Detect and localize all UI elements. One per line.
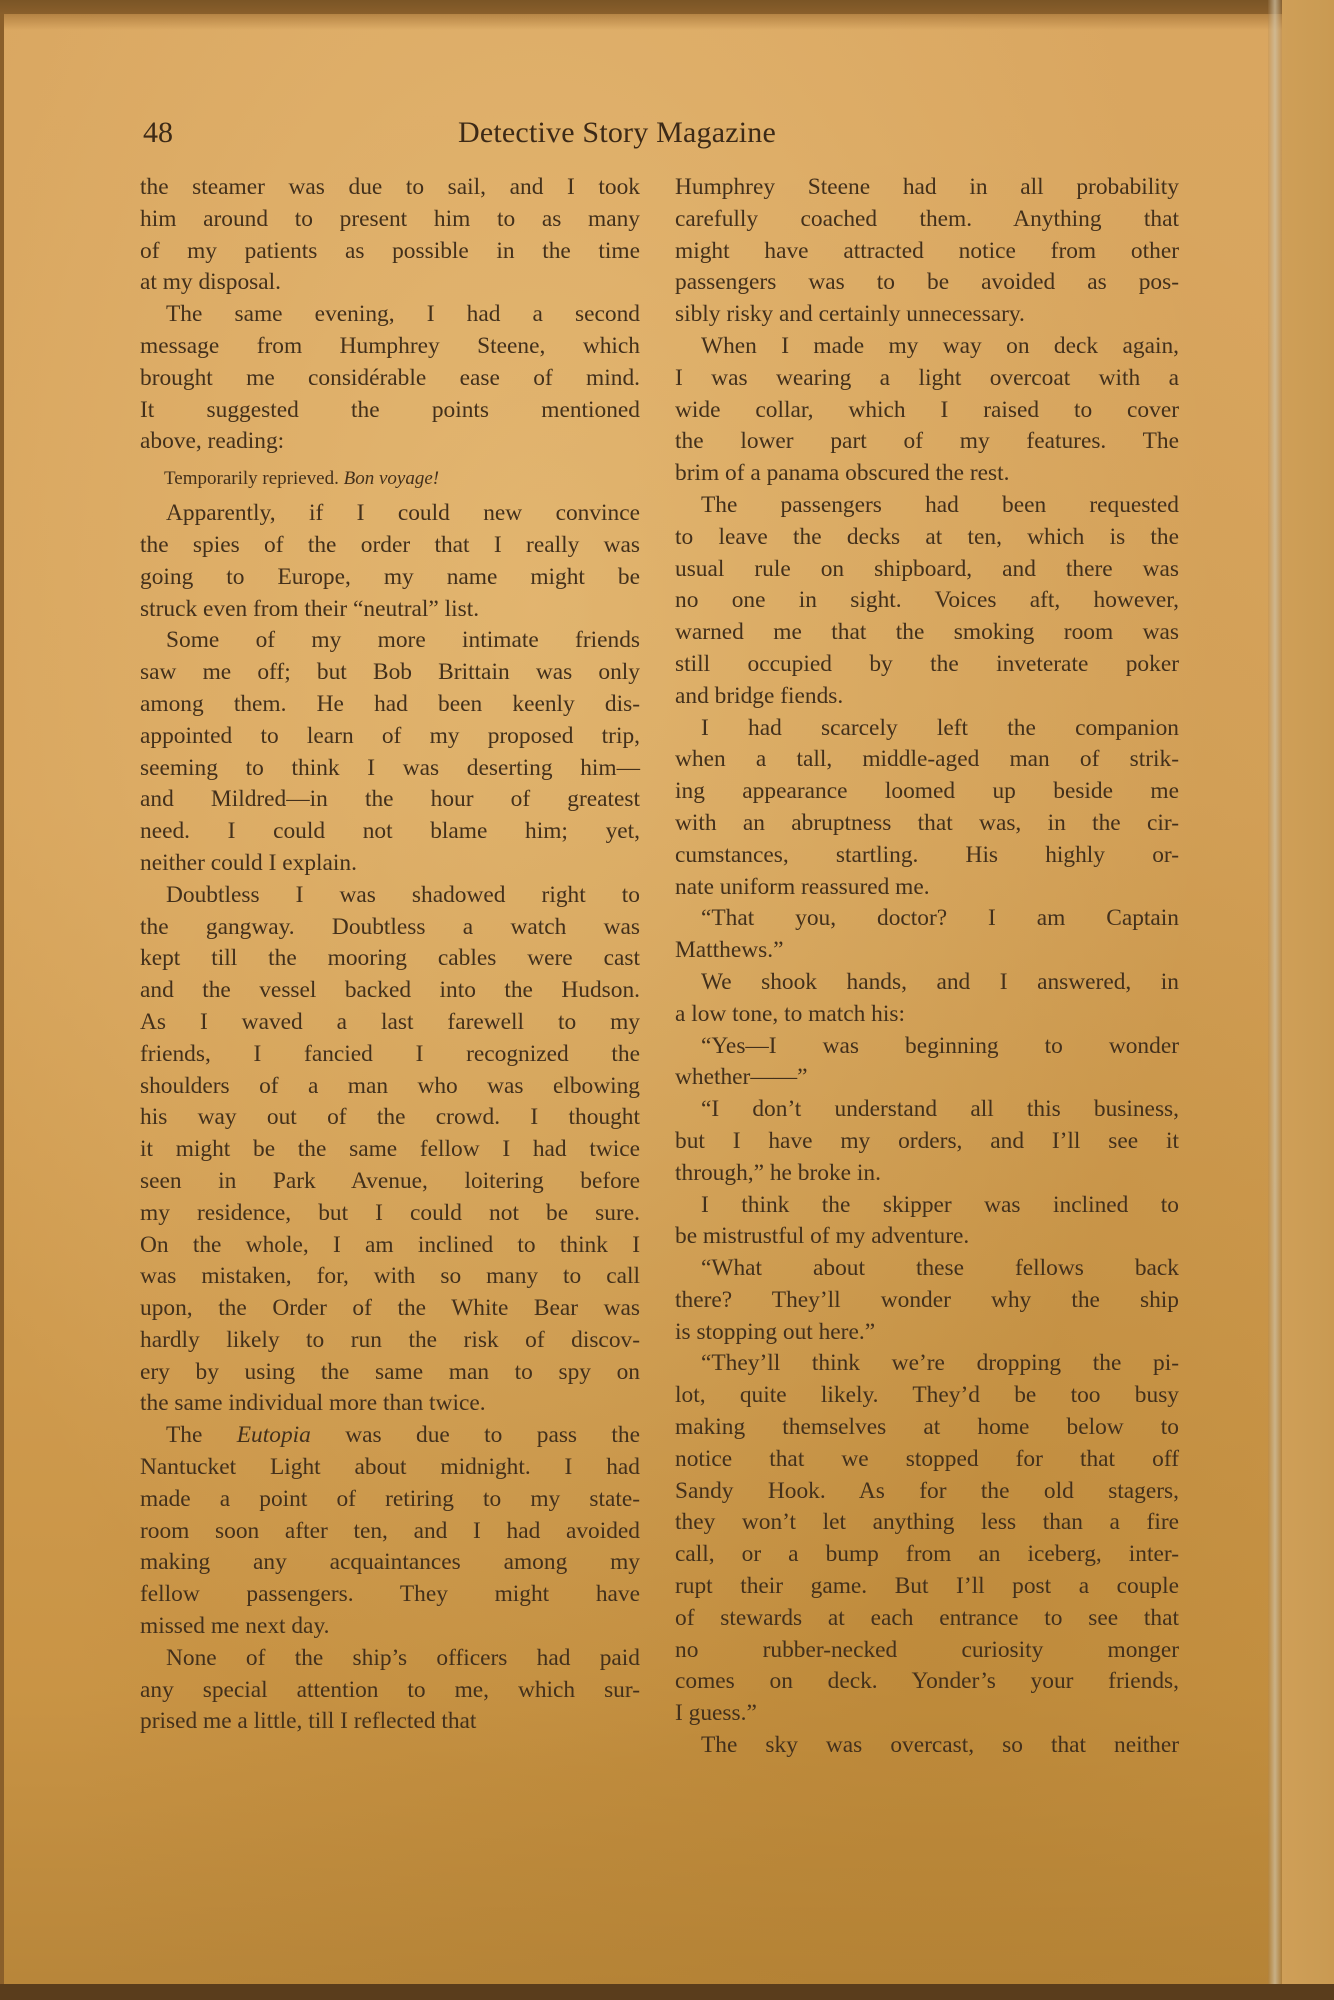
paragraph: We shook hands, and I answered, ina low …	[675, 967, 1179, 1031]
paragraph: The Eutopia was due to pass theNantucket…	[140, 1420, 640, 1643]
text-line: and Mildred—in the hour of greatest	[140, 784, 640, 816]
page-left-edge	[0, 14, 4, 1984]
text-line: and bridge fiends.	[675, 681, 1179, 713]
text-line: I guess.”	[675, 1698, 1179, 1730]
text-line: shoulders of a man who was elbowing	[140, 1071, 640, 1103]
text-line: wide collar, which I raised to cover	[675, 395, 1179, 427]
text-line: sibly risky and certainly unnecessary.	[675, 299, 1179, 331]
text-line: a low tone, to match his:	[675, 999, 1179, 1031]
paragraph: “Yes—I was beginning to wonderwhether——”	[675, 1031, 1179, 1095]
text-line: to leave the decks at ten, which is the	[675, 522, 1179, 554]
text-line: be mistrustful of my adventure.	[675, 1221, 1179, 1253]
paragraph: None of the ship’s officers had paidany …	[140, 1643, 640, 1738]
text-line: making any acquaintances among my	[140, 1547, 640, 1579]
text-line: among them. He had been keenly dis-	[140, 689, 640, 721]
text-line: I was wearing a light overcoat with a	[675, 363, 1179, 395]
text-line: upon, the Order of the White Bear was	[140, 1293, 640, 1325]
text-line: at my disposal.	[140, 267, 640, 299]
text-line: As I waved a last farewell to my	[140, 1007, 640, 1039]
page-number: 48	[143, 116, 173, 150]
text-line: We shook hands, and I answered, in	[675, 967, 1179, 999]
text-column-left: the steamer was due to sail, and I tookh…	[140, 172, 640, 1738]
paragraph: I had scarcely left the companionwhen a …	[675, 713, 1179, 904]
text-line: hardly likely to run the risk of discov-	[140, 1325, 640, 1357]
paragraph: “They’ll think we’re dropping the pi-lot…	[675, 1348, 1179, 1730]
text-line: prised me a little, till I reflected tha…	[140, 1706, 640, 1738]
text-line: him around to present him to as many	[140, 204, 640, 236]
running-title: Detective Story Magazine	[458, 116, 776, 150]
text-line: need. I could not blame him; yet,	[140, 816, 640, 848]
text-line: nate uniform reassured me.	[675, 872, 1179, 904]
text-line: lot, quite likely. They’d be too busy	[675, 1380, 1179, 1412]
text-line: ing appearance loomed up beside me	[675, 776, 1179, 808]
paragraph: Some of my more intimate friendssaw me o…	[140, 625, 640, 879]
text-line: call, or a bump from an iceberg, inter-	[675, 1539, 1179, 1571]
paragraph: “What about these fellows backthere? The…	[675, 1253, 1179, 1348]
binding-crease	[1268, 0, 1282, 2000]
text-line: brim of a panama obscured the rest.	[675, 458, 1179, 490]
running-header: 48 Detective Story Magazine	[143, 116, 1188, 156]
text-line: through,” he broke in.	[675, 1158, 1179, 1190]
text-line: I had scarcely left the companion	[675, 713, 1179, 745]
text-line: going to Europe, my name might be	[140, 562, 640, 594]
text-line: any special attention to me, which sur-	[140, 1675, 640, 1707]
text-line: usual rule on shipboard, and there was	[675, 554, 1179, 586]
text-line: rupt their game. But I’ll post a couple	[675, 1571, 1179, 1603]
text-line: the spies of the order that I really was	[140, 530, 640, 562]
paragraph: The sky was overcast, so that neither	[675, 1730, 1179, 1762]
text-line: my residence, but I could not be sure.	[140, 1198, 640, 1230]
text-line: Nantucket Light about midnight. I had	[140, 1452, 640, 1484]
text-line: I think the skipper was inclined to	[675, 1190, 1179, 1222]
text-line: “They’ll think we’re dropping the pi-	[675, 1348, 1179, 1380]
text-line: fellow passengers. They might have	[140, 1579, 640, 1611]
text-line: with an abruptness that was, in the cir-	[675, 808, 1179, 840]
text-line: the lower part of my features. The	[675, 426, 1179, 458]
text-line: On the whole, I am inclined to think I	[140, 1230, 640, 1262]
text-line: When I made my way on deck again,	[675, 331, 1179, 363]
paragraph: I think the skipper was inclined tobe mi…	[675, 1190, 1179, 1254]
paragraph: “I don’t understand all this business,bu…	[675, 1094, 1179, 1189]
text-line: the same individual more than twice.	[140, 1388, 640, 1420]
text-line: Sandy Hook. As for the old stagers,	[675, 1476, 1179, 1508]
paragraph: Humphrey Steene had in all probabilityca…	[675, 172, 1179, 331]
text-line: It suggested the points mentioned	[140, 395, 640, 427]
paragraph: The passengers had been requestedto leav…	[675, 490, 1179, 713]
paragraph: The same evening, I had a secondmessage …	[140, 299, 640, 458]
paragraph: “That you, doctor? I am CaptainMatthews.…	[675, 903, 1179, 967]
text-line: missed me next day.	[140, 1611, 640, 1643]
paragraph: the steamer was due to sail, and I tookh…	[140, 172, 640, 299]
text-line: kept till the mooring cables were cast	[140, 943, 640, 975]
text-line: is stopping out here.”	[675, 1317, 1179, 1349]
text-line: but I have my orders, and I’ll see it	[675, 1126, 1179, 1158]
text-line: making themselves at home below to	[675, 1412, 1179, 1444]
text-line: passengers was to be avoided as pos-	[675, 267, 1179, 299]
text-line: carefully coached them. Anything that	[675, 204, 1179, 236]
paragraph: When I made my way on deck again,I was w…	[675, 331, 1179, 490]
text-line: “That you, doctor? I am Captain	[675, 903, 1179, 935]
text-line: comes on deck. Yonder’s your friends,	[675, 1666, 1179, 1698]
paragraph: Apparently, if I could new convincethe s…	[140, 498, 640, 625]
text-line: neither could I explain.	[140, 848, 640, 880]
text-line: the gangway. Doubtless a watch was	[140, 912, 640, 944]
text-line: cumstances, startling. His highly or-	[675, 840, 1179, 872]
page-top-edge	[0, 0, 1334, 30]
text-line: brought me considérable ease of mind.	[140, 363, 640, 395]
text-line: Doubtless I was shadowed right to	[140, 880, 640, 912]
text-line: of my patients as possible in the time	[140, 236, 640, 268]
text-line: was mistaken, for, with so many to call	[140, 1261, 640, 1293]
text-line: when a tall, middle-aged man of strik-	[675, 744, 1179, 776]
text-line: The Eutopia was due to pass the	[140, 1420, 640, 1452]
text-line: struck even from their “neutral” list.	[140, 594, 640, 626]
text-line: Matthews.”	[675, 935, 1179, 967]
text-line: The sky was overcast, so that neither	[675, 1730, 1179, 1762]
text-line: saw me off; but Bob Brittain was only	[140, 657, 640, 689]
text-line: seen in Park Avenue, loitering before	[140, 1166, 640, 1198]
page-bottom-edge	[0, 1984, 1334, 2000]
text-line: “What about these fellows back	[675, 1253, 1179, 1285]
text-line: Apparently, if I could new convince	[140, 498, 640, 530]
adjacent-page-edge	[1282, 0, 1334, 2000]
text-line: no one in sight. Voices aft, however,	[675, 585, 1179, 617]
text-line: ery by using the same man to spy on	[140, 1357, 640, 1389]
text-line: The passengers had been requested	[675, 490, 1179, 522]
text-line: room soon after ten, and I had avoided	[140, 1516, 640, 1548]
text-line: and the vessel backed into the Hudson.	[140, 975, 640, 1007]
text-line: they won’t let anything less than a fire	[675, 1507, 1179, 1539]
text-line: appointed to learn of my proposed trip,	[140, 721, 640, 753]
text-line: might have attracted notice from other	[675, 236, 1179, 268]
text-line: “Yes—I was beginning to wonder	[675, 1031, 1179, 1063]
text-line: his way out of the crowd. I thought	[140, 1102, 640, 1134]
text-line: made a point of retiring to my state-	[140, 1484, 640, 1516]
text-line: there? They’ll wonder why the ship	[675, 1285, 1179, 1317]
text-line: None of the ship’s officers had paid	[140, 1643, 640, 1675]
text-line: seeming to think I was deserting him—	[140, 753, 640, 785]
text-line: whether——”	[675, 1062, 1179, 1094]
paragraph: Doubtless I was shadowed right tothe gan…	[140, 880, 640, 1421]
text-line: of stewards at each entrance to see that	[675, 1603, 1179, 1635]
text-column-right: Humphrey Steene had in all probabilityca…	[675, 172, 1179, 1762]
text-line: warned me that the smoking room was	[675, 617, 1179, 649]
text-line: no rubber-necked curiosity monger	[675, 1635, 1179, 1667]
text-line: it might be the same fellow I had twice	[140, 1134, 640, 1166]
text-line: “I don’t understand all this business,	[675, 1094, 1179, 1126]
text-line: friends, I fancied I recognized the	[140, 1039, 640, 1071]
text-line: the steamer was due to sail, and I took	[140, 172, 640, 204]
text-line: Some of my more intimate friends	[140, 625, 640, 657]
text-line: notice that we stopped for that off	[675, 1444, 1179, 1476]
text-line: The same evening, I had a second	[140, 299, 640, 331]
text-line: Humphrey Steene had in all probability	[675, 172, 1179, 204]
text-line: still occupied by the inveterate poker	[675, 649, 1179, 681]
text-line: message from Humphrey Steene, which	[140, 331, 640, 363]
text-line: above, reading:	[140, 426, 640, 458]
telegram-quote: Temporarily reprieved. Bon voyage!	[140, 464, 640, 494]
